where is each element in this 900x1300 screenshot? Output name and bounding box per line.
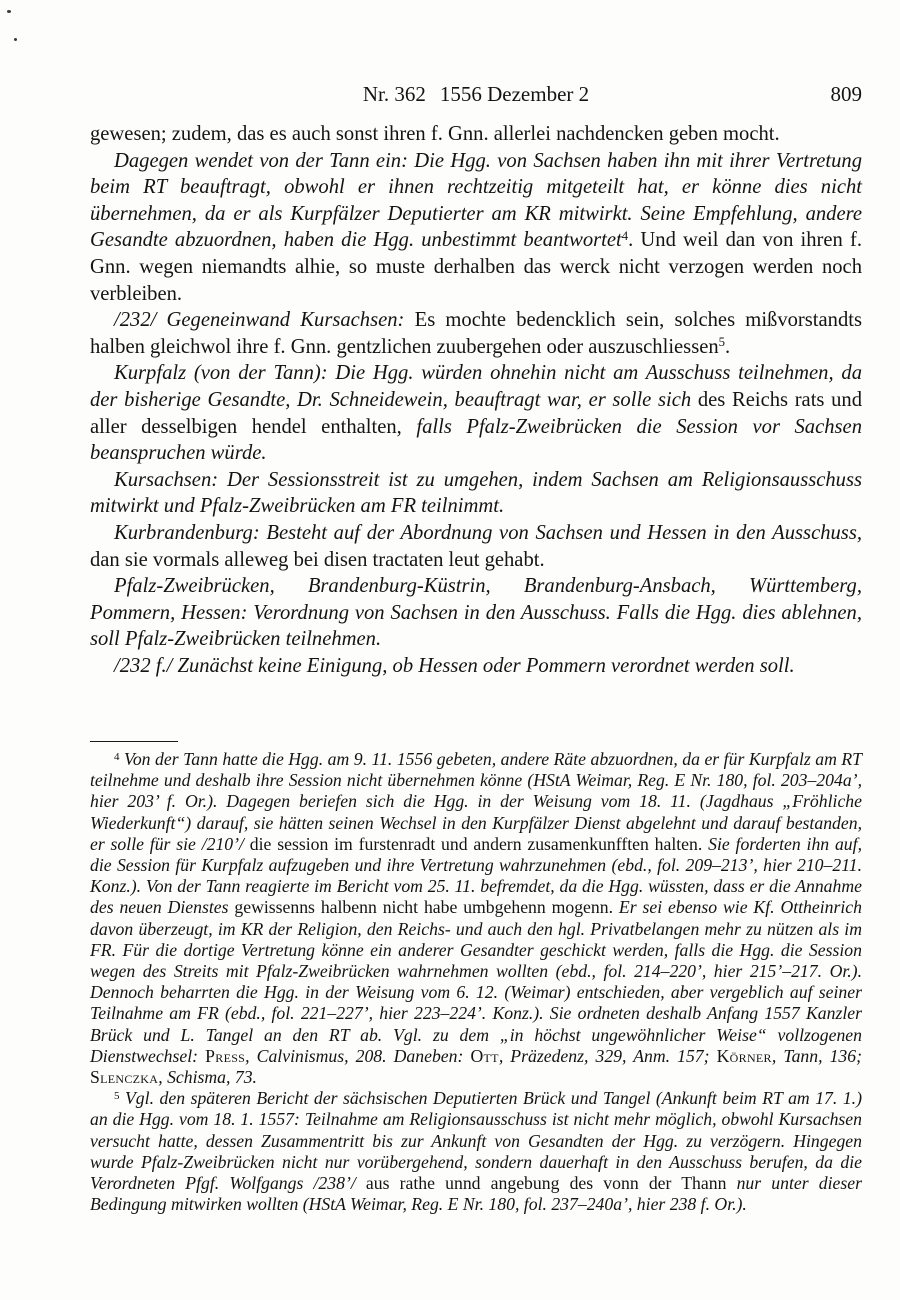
text-run: aus rathe unnd angebung des vonn der Tha… [366, 1173, 737, 1193]
text-run: Slenczka [90, 1067, 158, 1087]
footnote-reference: 4 [622, 229, 628, 243]
scan-speck [7, 10, 11, 13]
paragraph-2: Dagegen wendet von der Tann ein: Die Hgg… [90, 148, 862, 308]
text-run: Pfalz-Zweibrücken, Brandenburg-Küstrin, … [90, 575, 862, 650]
text-run: dan sie vormals alleweg bei disen tracta… [90, 549, 545, 571]
text-run: Kurbrandenburg: Besteht auf der Abordnun… [114, 522, 862, 544]
footnote-5: 5 Vgl. den späteren Bericht der sächsisc… [90, 1088, 862, 1215]
text-run: /232/ Gegeneinwand Kursachsen: [114, 309, 415, 331]
text-run: Ott [470, 1046, 498, 1066]
footnote-reference: 5 [719, 335, 725, 349]
text-run: Kursachsen: Der Sessionsstreit ist zu um… [90, 469, 862, 518]
text-run: Er sei ebenso wie Kf. Ottheinrich davon … [90, 897, 862, 1065]
document-number: Nr. 362 [363, 82, 426, 106]
text-run: , Präzedenz, 329, Anm. 157; [499, 1046, 717, 1066]
text-run: gewissenns halbenn nicht habe umbgehenn … [234, 897, 619, 917]
paragraph-8: /232 f./ Zunächst keine Einigung, ob Hes… [90, 653, 862, 680]
text-run: /232 f./ Zunächst keine Einigung, ob Hes… [114, 655, 795, 677]
document-date: 1556 Dezember 2 [440, 82, 589, 106]
footnote-4: 4 Von der Tann hatte die Hgg. am 9. 11. … [90, 749, 862, 1088]
text-run: die session im furstenradt und andern zu… [250, 834, 708, 854]
paragraph-6: Kurbrandenburg: Besteht auf der Abordnun… [90, 520, 862, 573]
text-run: , Calvinismus, 208. Daneben: [245, 1046, 470, 1066]
text-run: . [725, 336, 730, 358]
paragraph-1: gewesen; zudem, das es auch sonst ihren … [90, 121, 862, 148]
book-page: Nr. 3621556 Dezember 2 809 gewesen; zude… [0, 0, 900, 1300]
text-run: Press [205, 1046, 245, 1066]
footnote-separator [90, 741, 178, 742]
paragraph-7: Pfalz-Zweibrücken, Brandenburg-Küstrin, … [90, 573, 862, 653]
paragraph-4: Kurpfalz (von der Tann): Die Hgg. würden… [90, 360, 862, 466]
footnotes: 4 Von der Tann hatte die Hgg. am 9. 11. … [90, 749, 862, 1215]
running-header: Nr. 3621556 Dezember 2 809 [90, 80, 862, 108]
text-run: Körner [717, 1046, 772, 1066]
text-run: gewesen; zudem, das es auch sonst ihren … [90, 123, 780, 145]
header-title: Nr. 3621556 Dezember 2 [90, 80, 862, 108]
page-number: 809 [831, 80, 863, 108]
main-text: gewesen; zudem, das es auch sonst ihren … [90, 121, 862, 679]
paragraph-5: Kursachsen: Der Sessionsstreit ist zu um… [90, 467, 862, 520]
footnote-reference: 4 [114, 751, 119, 763]
scan-speck [14, 38, 17, 41]
text-run: , Tann, 136; [772, 1046, 862, 1066]
paragraph-3: /232/ Gegeneinwand Kursachsen: Es mochte… [90, 307, 862, 360]
footnote-reference: 5 [114, 1090, 119, 1102]
text-run: , Schisma, 73. [158, 1067, 257, 1087]
